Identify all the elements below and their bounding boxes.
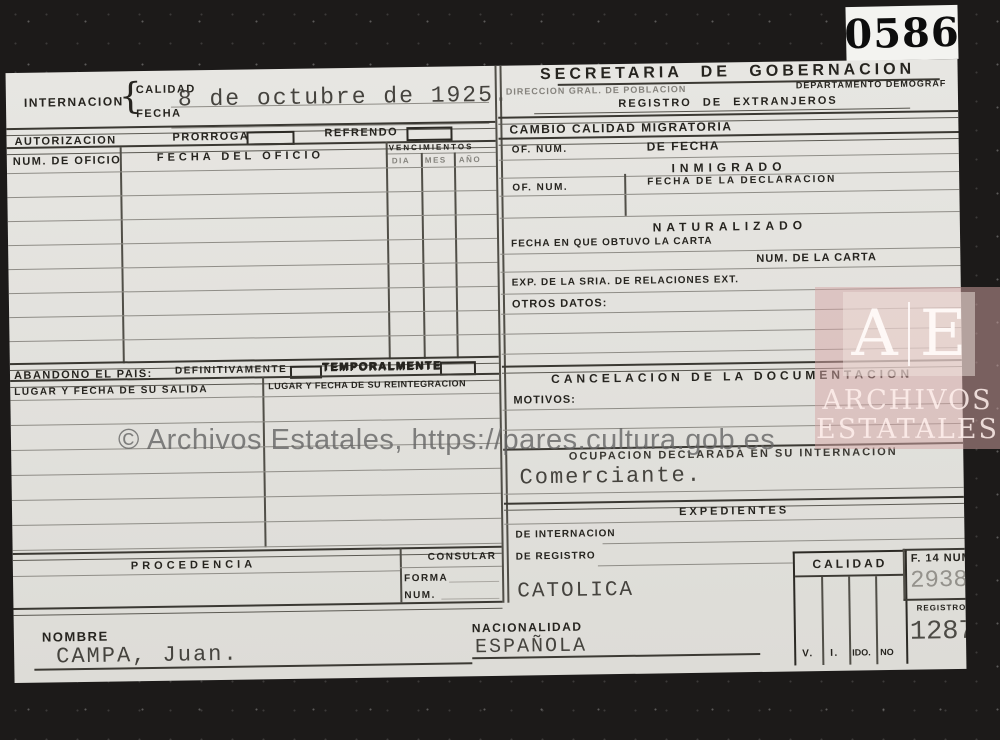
registro-extranjeros-header: REGISTRO DE EXTRANJEROS [503, 94, 953, 112]
prorroga-label: PRORROGA [172, 131, 249, 143]
procedencia-header: PROCEDENCIA [131, 559, 256, 572]
logo-divider-bar [908, 302, 910, 366]
f14-label: F. 14 NUM [911, 553, 967, 565]
salida-header: LUGAR Y FECHA DE SU SALIDA [14, 385, 208, 398]
definitivamente-label: DEFINITIVAMENTE [175, 365, 287, 377]
of-num2-label: OF. NUM. [512, 183, 568, 194]
reintegracion-header: LUGAR Y FECHA DE SU REINTEGRACION [268, 379, 466, 391]
col-v-label: V. [802, 649, 814, 659]
internacion-label: INTERNACION [24, 95, 124, 108]
logo-letter-e: E [920, 302, 967, 366]
exp-sria-label: EXP. DE LA SRIA. DE RELACIONES EXT. [512, 275, 739, 288]
religion-value: CATOLICA [517, 580, 634, 603]
rule [9, 310, 498, 318]
ocupacion-value: Comerciante. [519, 465, 702, 490]
otros-datos-label: OTROS DATOS: [512, 298, 607, 310]
rule [499, 189, 959, 197]
rule [603, 538, 965, 544]
rule [441, 598, 499, 600]
col-no-label: NO [880, 648, 894, 657]
logo-line2: ESTATALES [815, 416, 1000, 443]
rule [9, 286, 498, 294]
col-i-label: I. [830, 649, 839, 659]
rule [449, 581, 499, 583]
mes-header: MES [425, 157, 447, 165]
refrendo-checkbox [406, 126, 452, 141]
nombre-label: NOMBRE [42, 630, 109, 644]
rule [12, 518, 501, 526]
direccion-label: DIRECCION GRAL. DE POBLACION [506, 85, 687, 97]
rule [598, 562, 793, 566]
archivos-estatales-logo: A E ARCHIVOS ESTATALES [815, 287, 1000, 449]
dia-header: DIA [392, 157, 410, 165]
rule [10, 334, 499, 342]
rule [7, 190, 496, 198]
calidad-box-header: CALIDAD [795, 557, 905, 571]
vencimientos-header: VENCIMIENTOS [389, 143, 474, 152]
refrendo-label: REFRENDO [324, 127, 398, 139]
fecha-declaracion-label: FECHA DE LA DECLARACION [647, 175, 836, 188]
registro-small-label: REGISTRO [917, 604, 967, 613]
fecha-carta-label: FECHA EN QUE OBTUVO LA CARTA [511, 237, 713, 250]
nombre-value: CAMPA, Juan. [56, 644, 239, 669]
rule [903, 598, 965, 601]
departamento-label: DEPARTAMENTO DEMOGRAF [796, 79, 947, 90]
rule [13, 601, 502, 616]
de-registro-label: DE REGISTRO [516, 551, 596, 562]
nacionalidad-label: NACIONALIDAD [472, 621, 583, 635]
forma-label: FORMA [404, 574, 448, 585]
archive-tag-number: 0586 [845, 5, 958, 61]
logo-letters-box: A E [843, 292, 975, 376]
rule [13, 570, 400, 577]
column-divider [386, 141, 391, 359]
ano-header: AÑO [459, 156, 481, 164]
registro-value: 12877 [910, 619, 967, 647]
temporalmente-label: TEMPORALMENTE [322, 361, 442, 374]
motivos-label: MOTIVOS: [513, 395, 576, 407]
logo-line1: ARCHIVOS [815, 387, 1000, 414]
de-fecha-label: DE FECHA [647, 140, 721, 153]
fecha-label: FECHA [136, 108, 182, 120]
rule [11, 468, 500, 476]
column-divider [821, 577, 824, 665]
fecha-del-oficio-header: FECHA DEL OFICIO [157, 150, 324, 163]
consular-header: CONSULAR [428, 552, 497, 563]
column-divider [454, 152, 459, 358]
rule [8, 238, 497, 246]
rule [7, 166, 496, 174]
of-num-label: OF. NUM. [512, 145, 568, 156]
rule [8, 214, 497, 222]
col-ido-label: IDO. [852, 648, 871, 657]
column-divider [421, 153, 426, 359]
rule [903, 548, 965, 551]
column-divider [120, 147, 125, 363]
rule [400, 566, 502, 569]
rule [501, 265, 961, 273]
rule [12, 493, 501, 501]
rule [8, 262, 497, 270]
rule [795, 574, 905, 578]
de-internacion-label: DE INTERNACION [515, 529, 615, 540]
cambio-calidad-header: CAMBIO CALIDAD MIGRATORIA [509, 120, 732, 135]
f14-value: 29380 [910, 569, 966, 594]
num-de-oficio-header: NUM. DE OFICIO [13, 155, 122, 168]
naturalizado-header: NATURALIZADO [505, 217, 955, 236]
logo-letter-a: A [852, 302, 898, 366]
num-label: NUM. [404, 591, 436, 601]
column-divider [400, 548, 402, 602]
fecha-value: 8 de octubre de 1925. [178, 84, 510, 112]
column-divider [848, 577, 851, 665]
num-carta-label: NUM. DE LA CARTA [756, 252, 877, 265]
watermark-text: © Archivos Estatales, https://pares.cult… [118, 424, 775, 457]
column-divider [875, 576, 878, 664]
calidad-grid-box: CALIDAD V. I. IDO. NO [793, 550, 909, 666]
